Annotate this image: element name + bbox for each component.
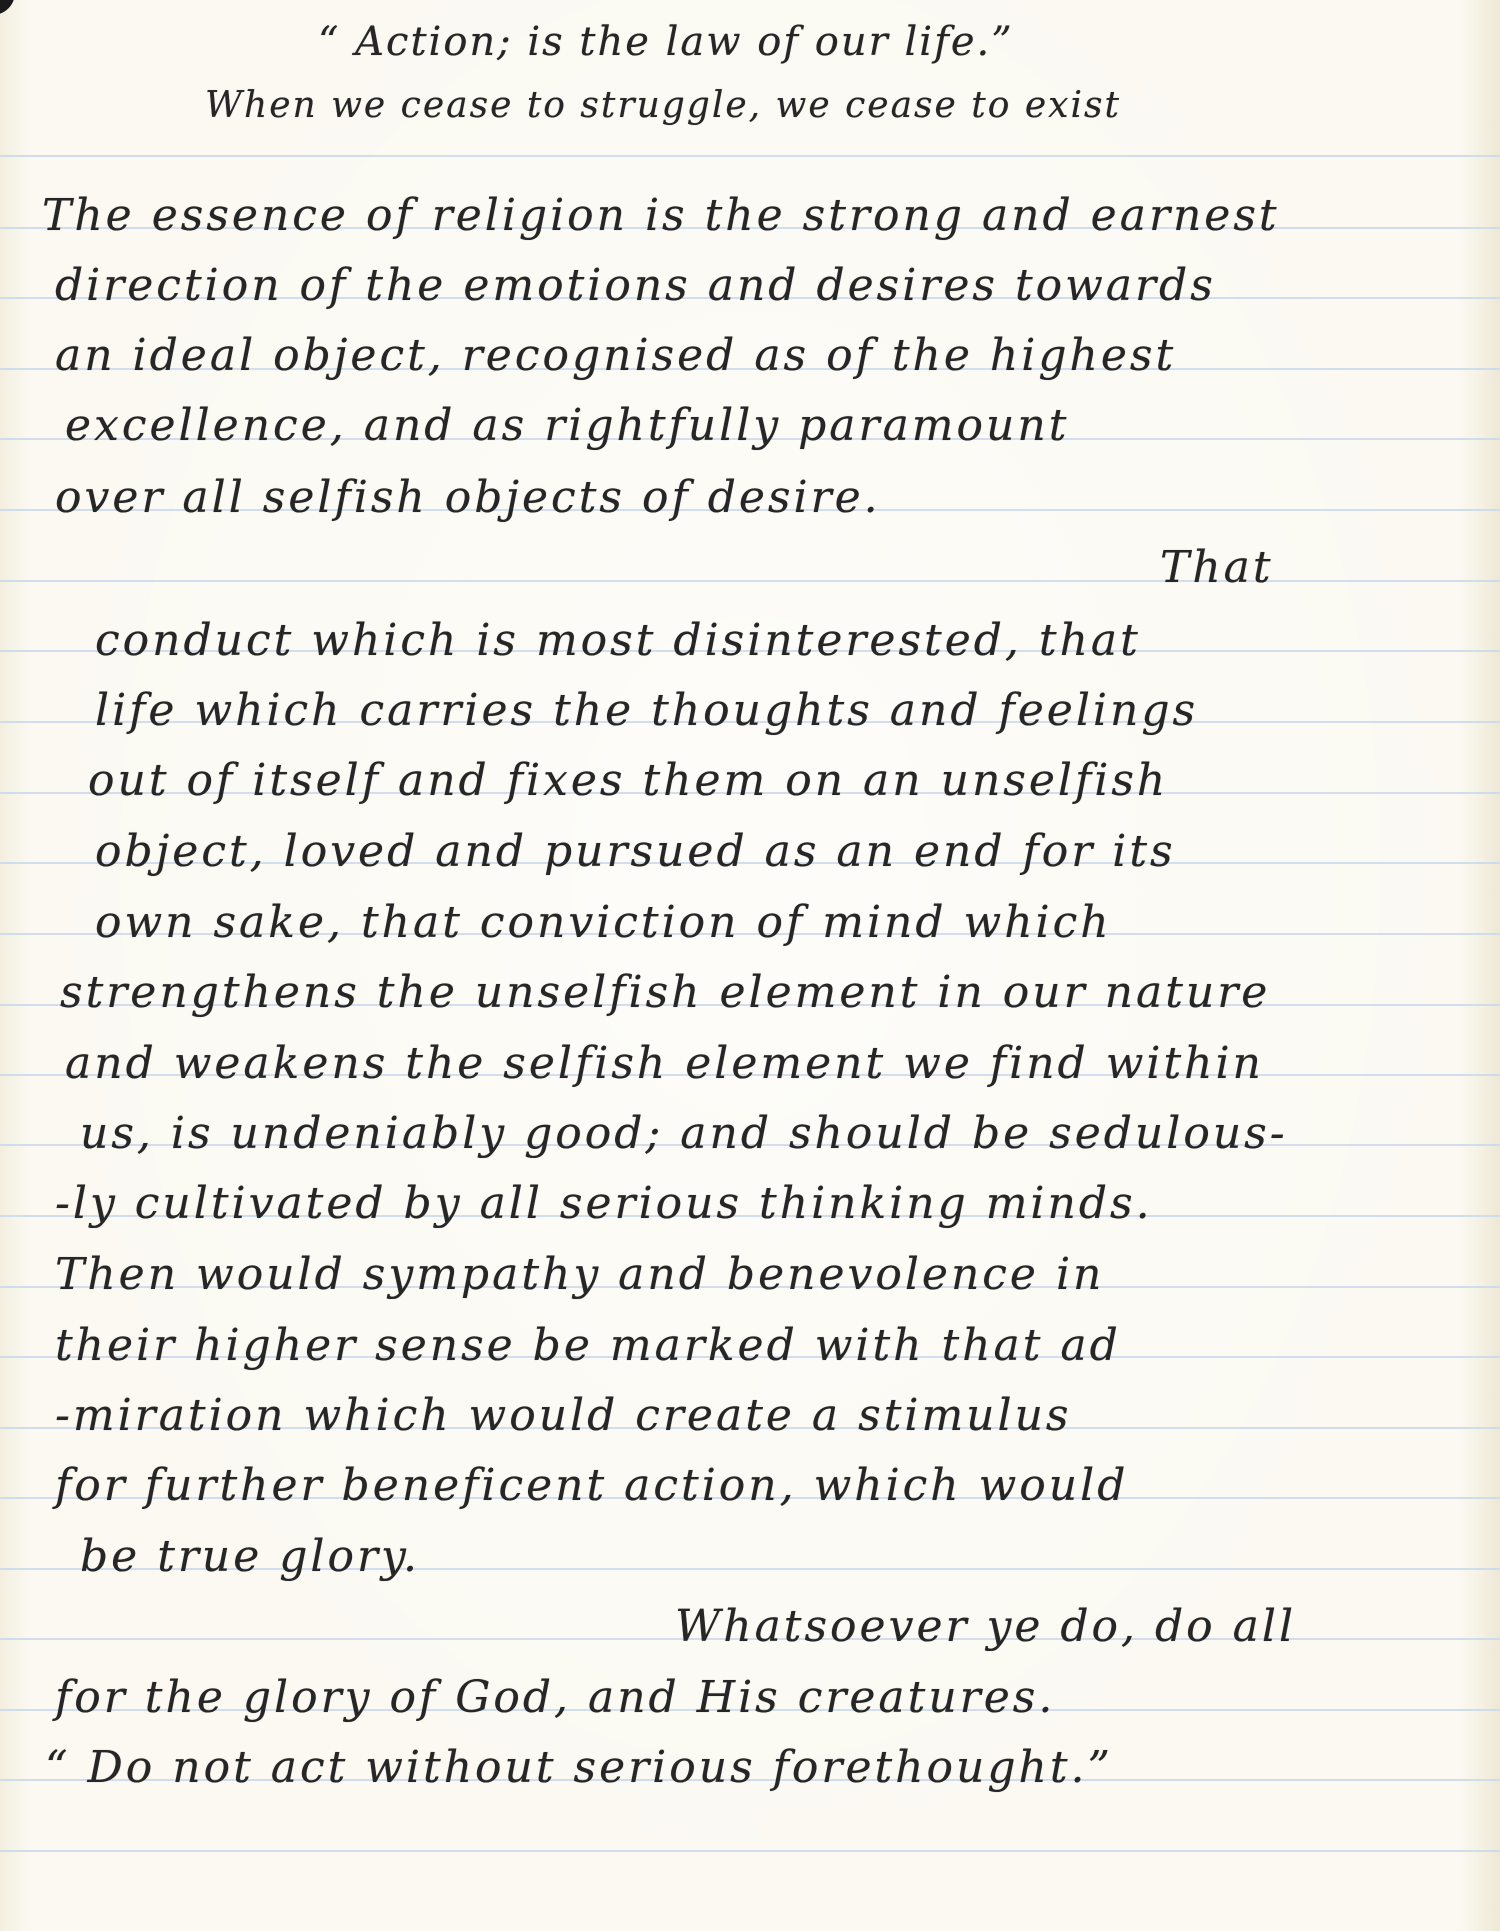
text-line: “ Do not act without serious forethought… <box>45 1746 1113 1790</box>
text-line: own sake, that conviction of mind which <box>95 901 1112 945</box>
text-line: direction of the emotions and desires to… <box>55 264 1216 308</box>
heading-subtitle: When we cease to struggle, we cease to e… <box>205 88 1121 124</box>
text-line: -ly cultivated by all serious thinking m… <box>55 1182 1153 1226</box>
text-line: Then would sympathy and benevolence in <box>55 1253 1104 1297</box>
text-line: object, loved and pursued as an end for … <box>95 830 1176 874</box>
text-line: -miration which would create a stimulus <box>55 1394 1072 1438</box>
text-line: life which carries the thoughts and feel… <box>95 689 1198 733</box>
ruled-line <box>0 1850 1500 1852</box>
text-line: strengthens the unselfish element in our… <box>60 971 1270 1015</box>
text-line: excellence, and as rightfully paramount <box>65 404 1069 448</box>
ruled-line <box>0 155 1500 157</box>
text-line: The essence of religion is the strong an… <box>42 194 1280 238</box>
text-line: over all selfish objects of desire. <box>55 476 881 520</box>
text-line: an ideal object, recognised as of the hi… <box>55 334 1176 378</box>
text-line: for the glory of God, and His creatures. <box>55 1676 1055 1720</box>
ruled-line <box>0 580 1500 582</box>
text-line: for further beneficent action, which wou… <box>55 1464 1128 1508</box>
text-line: That <box>1160 546 1274 590</box>
text-line: Whatsoever ye do, do all <box>675 1605 1296 1649</box>
text-line: conduct which is most disinterested, tha… <box>95 619 1141 663</box>
text-line: out of itself and fixes them on an unsel… <box>88 759 1168 803</box>
notebook-page: “ Action; is the law of our life.” When … <box>0 0 1500 1931</box>
text-line: be true glory. <box>80 1535 420 1579</box>
heading-quote: “ Action; is the law of our life.” <box>318 22 1014 62</box>
text-line: and weakens the selfish element we find … <box>65 1042 1264 1086</box>
page-corner-shadow <box>0 0 15 15</box>
text-line: their higher sense be marked with that a… <box>55 1324 1121 1368</box>
text-line: us, is undeniably good; and should be se… <box>80 1112 1288 1156</box>
